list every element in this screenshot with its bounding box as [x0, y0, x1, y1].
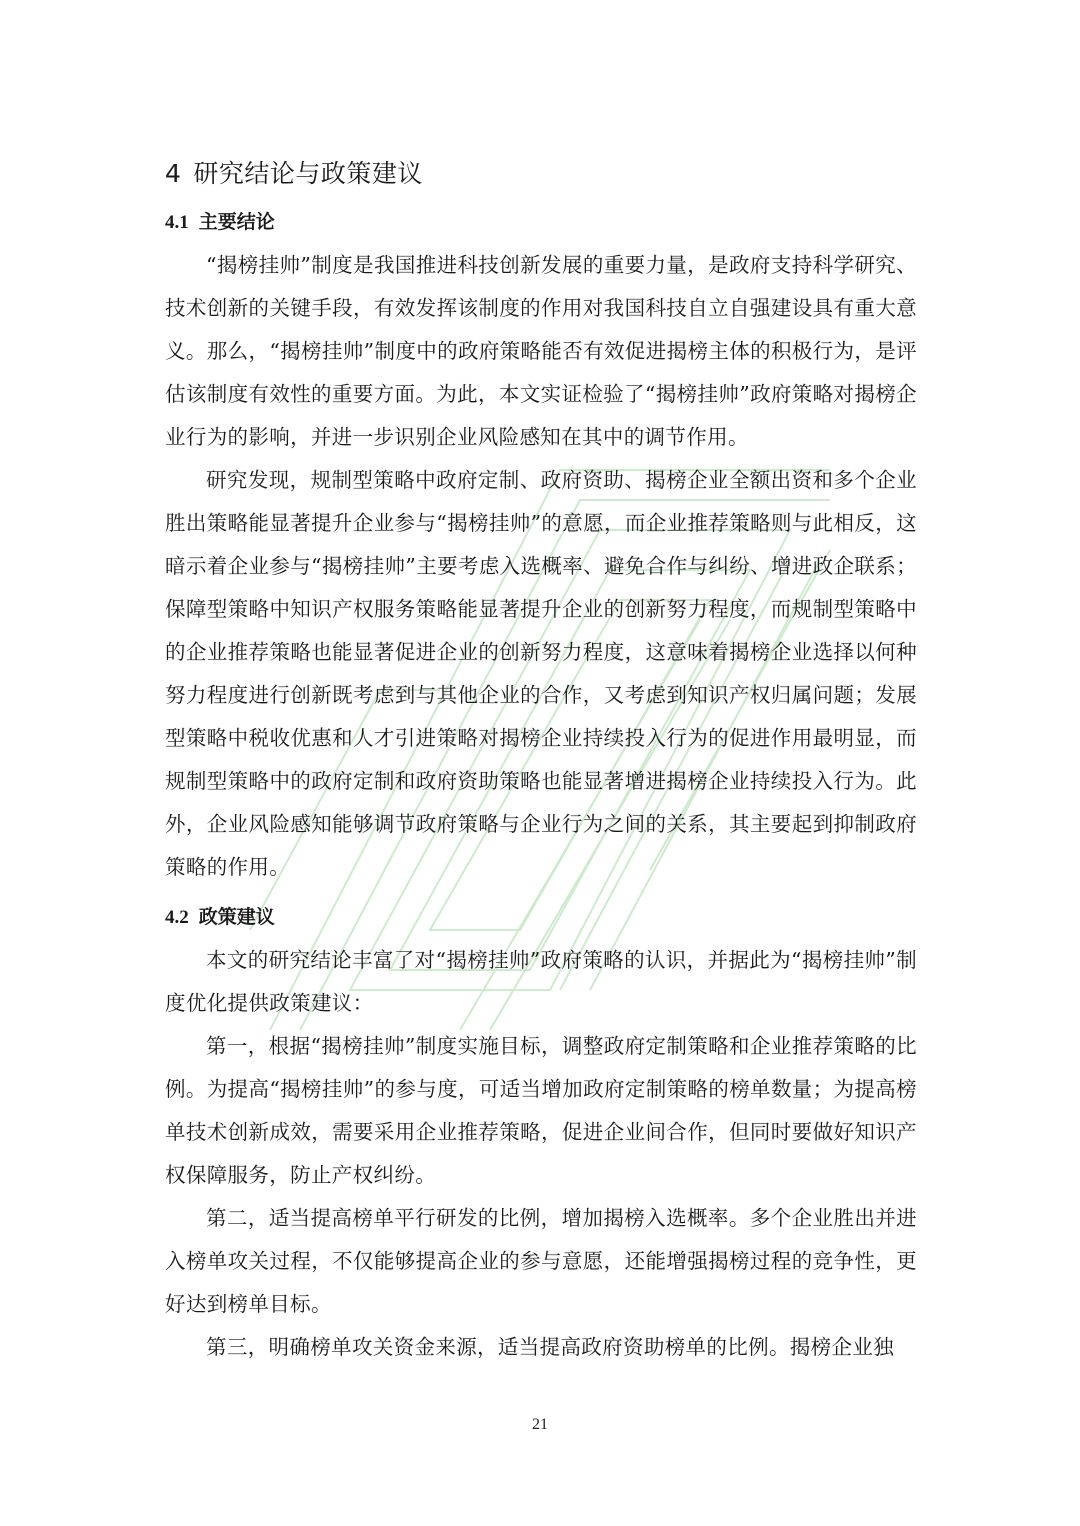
paragraph: 第三，明确榜单攻关资金来源，适当提高政府资助榜单的比例。揭榜企业独 — [165, 1326, 917, 1369]
paragraph: 第二，适当提高榜单平行研发的比例，增加揭榜入选概率。多个企业胜出并进入榜单攻关过… — [165, 1197, 917, 1326]
section-title-text: 主要结论 — [199, 211, 275, 233]
chapter-title: 4研究结论与政策建议 — [165, 152, 917, 196]
document-page: 4研究结论与政策建议 4.1主要结论 “揭榜挂帅”制度是我国推进科技创新发展的重… — [0, 0, 1080, 1526]
section-number: 4.1 — [165, 212, 189, 233]
paragraph: 第一，根据“揭榜挂帅”制度实施目标，调整政府定制策略和企业推荐策略的比例。为提高… — [165, 1025, 917, 1197]
section-title-text: 政策建议 — [199, 906, 275, 928]
paragraph: 研究发现，规制型策略中政府定制、政府资助、揭榜企业全额出资和多个企业胜出策略能显… — [165, 459, 917, 889]
chapter-title-text: 研究结论与政策建议 — [193, 159, 423, 188]
paragraph: “揭榜挂帅”制度是我国推进科技创新发展的重要力量，是政府支持科学研究、技术创新的… — [165, 244, 917, 459]
chapter-number: 4 — [165, 159, 181, 188]
document-body: 4研究结论与政策建议 4.1主要结论 “揭榜挂帅”制度是我国推进科技创新发展的重… — [165, 152, 917, 1369]
paragraph: 本文的研究结论丰富了对“揭榜挂帅”政府策略的认识，并据此为“揭榜挂帅”制度优化提… — [165, 939, 917, 1025]
page-number: 21 — [0, 1416, 1080, 1434]
section-title-policy-suggestions: 4.2政策建议 — [165, 895, 917, 939]
section-title-main-conclusions: 4.1主要结论 — [165, 200, 917, 244]
section-number: 4.2 — [165, 907, 189, 928]
